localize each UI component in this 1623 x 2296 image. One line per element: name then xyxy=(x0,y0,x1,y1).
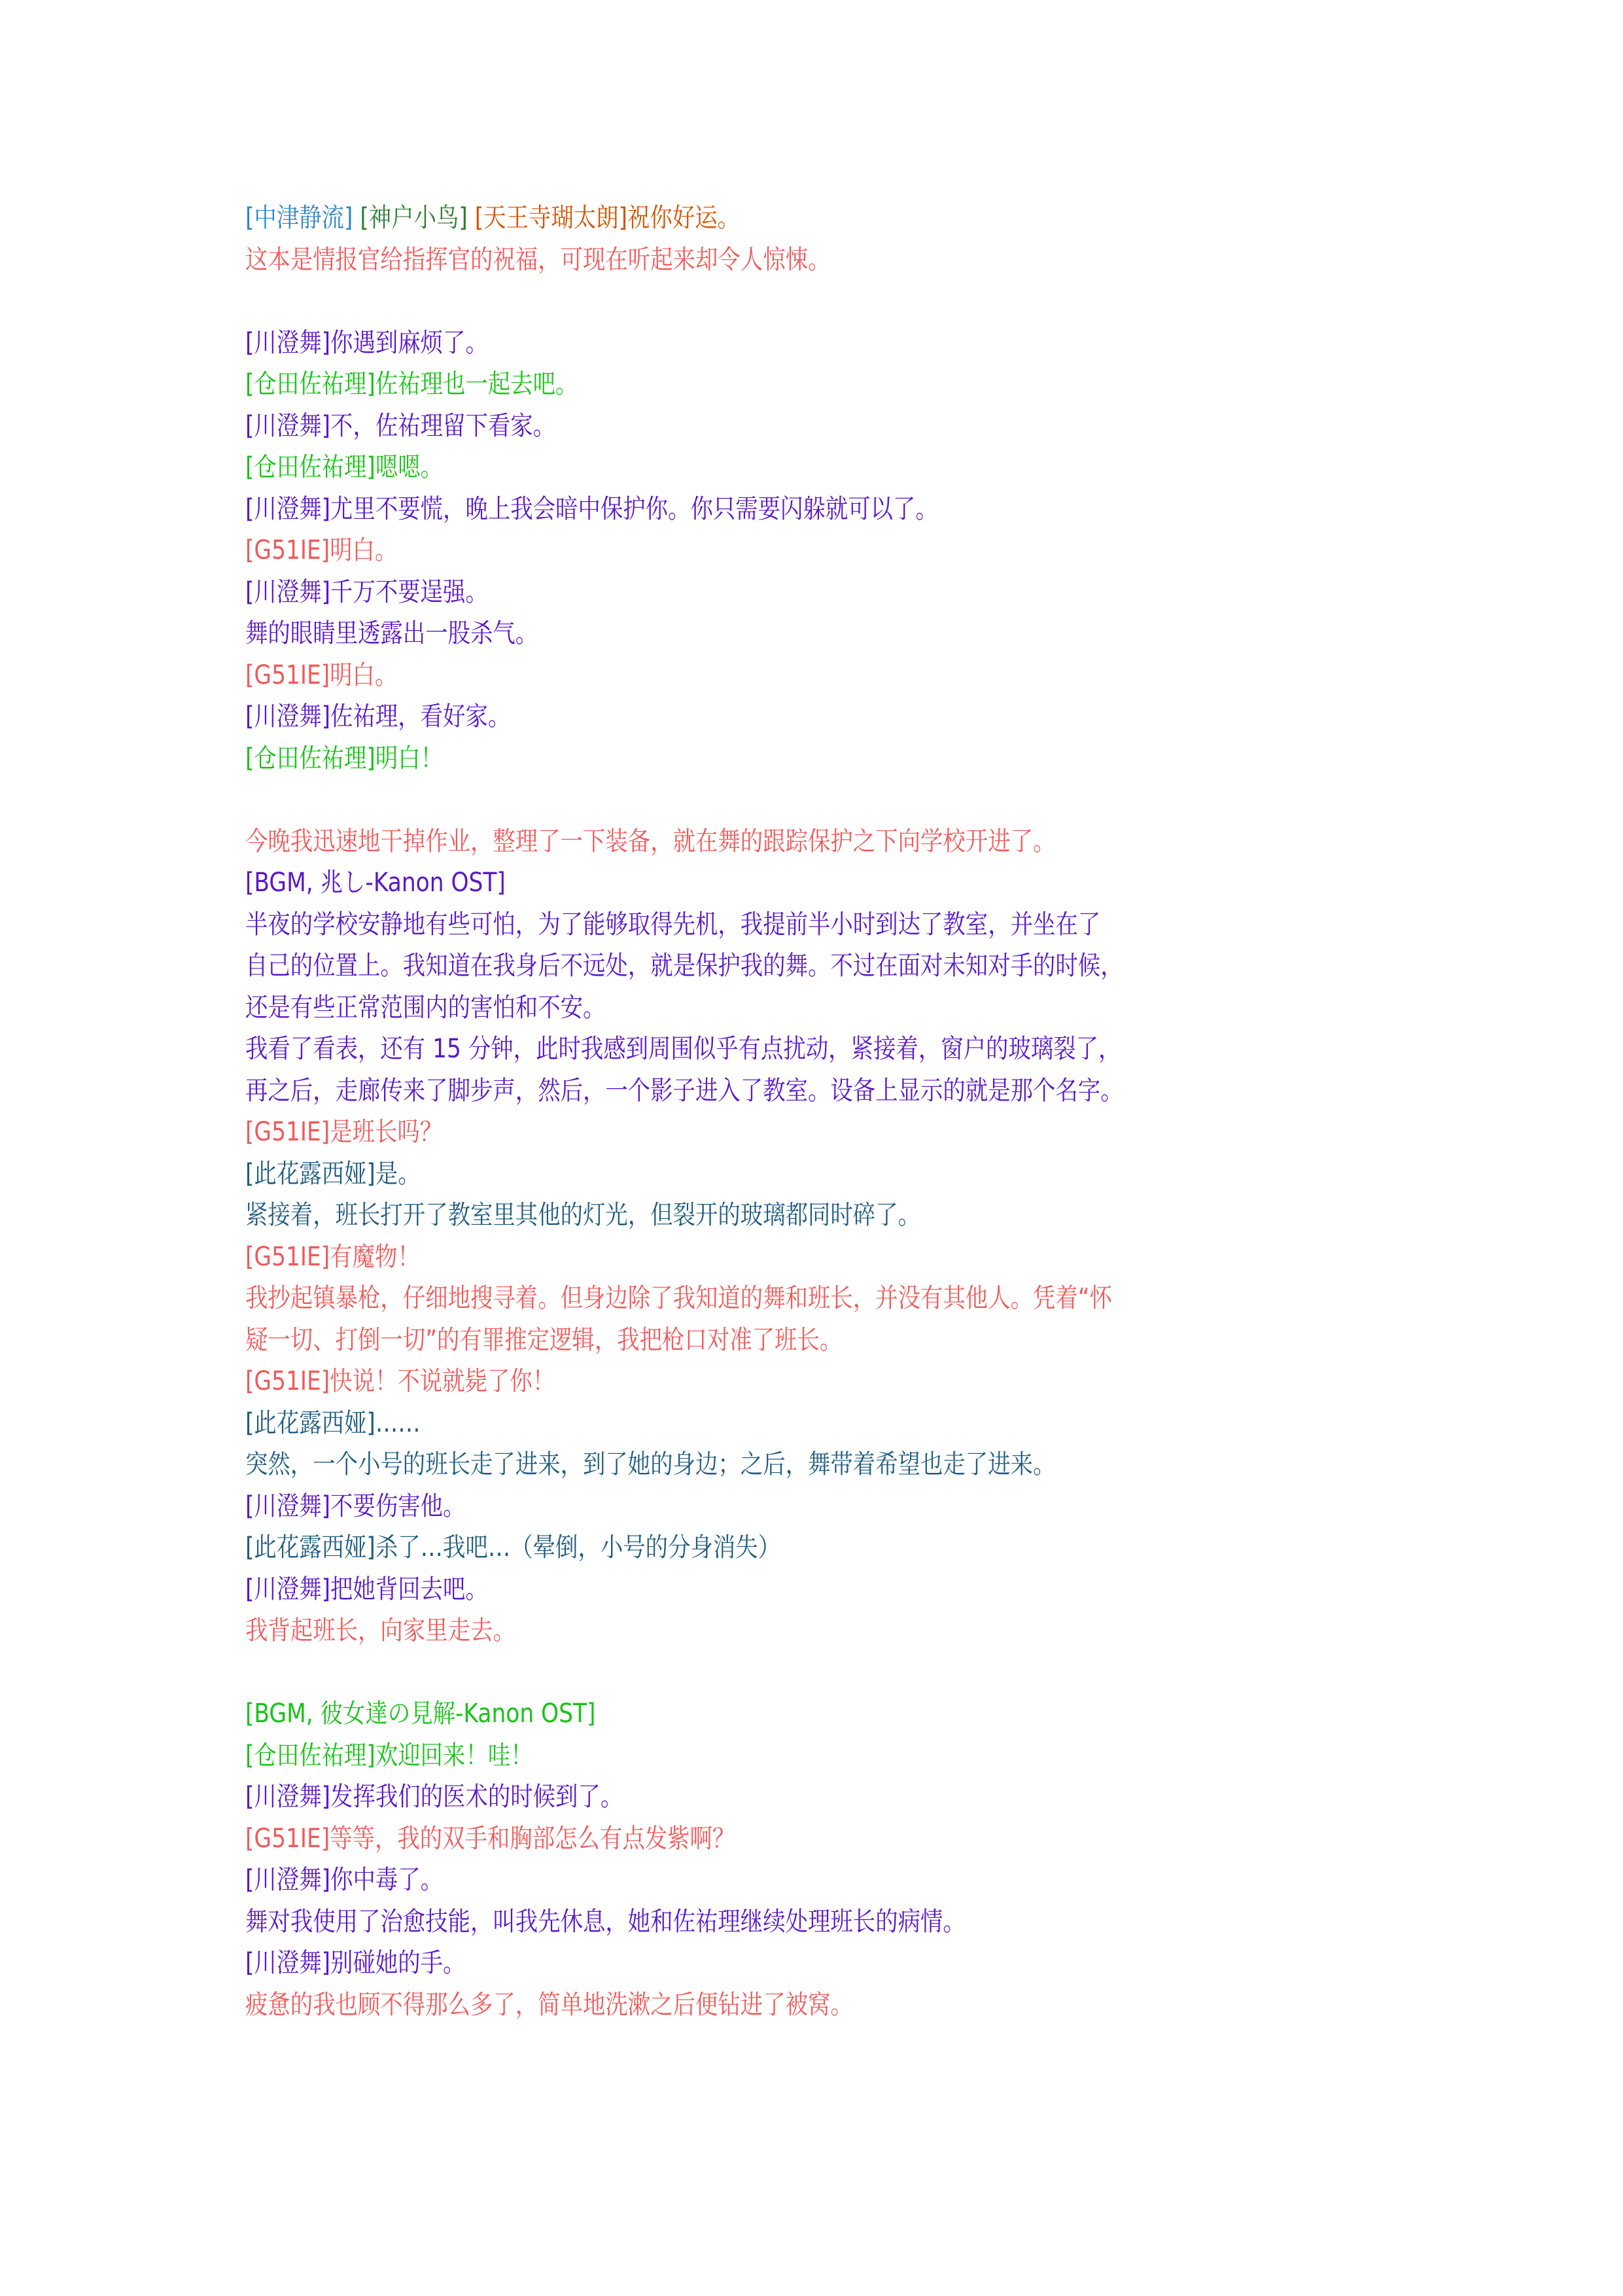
speaker-tag: [川澄舞] xyxy=(245,1865,330,1895)
dialogue-text: 明白！ xyxy=(375,743,443,773)
dialogue-text: 等等，我的双手和胸部怎么有点发紫啊？ xyxy=(330,1824,735,1854)
speaker-tag: [川澄舞] xyxy=(245,1574,330,1604)
narration-line: 疲惫的我也顾不得那么多了，简单地洗漱之后便钻进了被窝。 xyxy=(245,1985,1236,2026)
dialogue-line: [川澄舞]你中毒了。 xyxy=(245,1860,1236,1901)
speaker-tag: [仓田佐祐理] xyxy=(245,452,375,482)
blank-line xyxy=(245,281,1236,323)
speaker-tag: [川澄舞] xyxy=(245,1491,330,1521)
dialogue-text: 你遇到麻烦了。 xyxy=(330,328,488,358)
narration-line: 疑一切、打倒一切”的有罪推定逻辑，我把枪口对准了班长。 xyxy=(245,1320,1236,1362)
dialogue-line: [此花露西娅]…… xyxy=(245,1403,1236,1445)
narration-line: 我看了看表，还有 15 分钟，此时我感到周围似乎有点扰动，紧接着，窗户的玻璃裂了… xyxy=(245,1029,1236,1070)
dialogue-line: [G51IE]快说！不说就毙了你！ xyxy=(245,1361,1236,1403)
dialogue-line: [川澄舞]别碰她的手。 xyxy=(245,1943,1236,1985)
dialogue-text: 把她背回去吧。 xyxy=(330,1574,488,1604)
dialogue-text: 有魔物！ xyxy=(330,1242,420,1272)
speaker-tag: [G51IE] xyxy=(245,1117,330,1147)
dialogue-text: 快说！不说就毙了你！ xyxy=(330,1366,555,1396)
bgm-line: [BGM, 彼女達の見解-Kanon OST] xyxy=(245,1693,1236,1735)
dialogue-line: [川澄舞]佐祐理，看好家。 xyxy=(245,696,1236,738)
speaker-tag: [此花露西娅] xyxy=(245,1532,375,1563)
dialogue-line: [G51IE]等等，我的双手和胸部怎么有点发紫啊？ xyxy=(245,1818,1236,1860)
dialogue-text: 是。 xyxy=(375,1159,421,1189)
dialogue-line: [G51IE]明白。 xyxy=(245,530,1236,572)
speaker-tag: [仓田佐祐理] xyxy=(245,1740,375,1771)
document-page: [中津静流] [神户小鸟] [天王寺瑚太朗]祝你好运。 这本是情报官给指挥官的祝… xyxy=(245,198,1236,2026)
speaker-tag: [G51IE] xyxy=(245,1824,330,1854)
speaker-tag-kotaro-label: [天王寺瑚太朗] xyxy=(475,203,627,233)
dialogue-text: 明白。 xyxy=(330,660,397,690)
speaker-tag: [仓田佐祐理] xyxy=(245,369,375,399)
bgm-line: [BGM, 兆し-Kanon OST] xyxy=(245,862,1236,904)
dialogue-text: 是班长吗？ xyxy=(330,1117,442,1147)
dialogue-line: [G51IE]是班长吗？ xyxy=(245,1112,1236,1154)
speaker-tag: [此花露西娅] xyxy=(245,1408,375,1438)
narration-line: 今晚我迅速地干掉作业，整理了一下装备，就在舞的跟踪保护之下向学校开进了。 xyxy=(245,821,1236,863)
narration-line: 突然，一个小号的班长走了进来，到了她的身边；之后，舞带着希望也走了进来。 xyxy=(245,1444,1236,1486)
narration-line: 紧接着，班长打开了教室里其他的灯光，但裂开的玻璃都同时碎了。 xyxy=(245,1195,1236,1237)
speaker-tag: [G51IE] xyxy=(245,1366,330,1396)
speaker-tag: [川澄舞] xyxy=(245,1948,330,1978)
dialogue-line: [仓田佐祐理]欢迎回来！哇！ xyxy=(245,1735,1236,1777)
dialogue-text: 别碰她的手。 xyxy=(330,1948,465,1978)
dialogue-line: [仓田佐祐理]明白！ xyxy=(245,738,1236,780)
speaker-tag: [G51IE] xyxy=(245,535,330,565)
speaker-tag: [川澄舞] xyxy=(245,577,330,607)
speaker-tag: [此花露西娅] xyxy=(245,1159,375,1189)
narration-line: 这本是情报官给指挥官的祝福，可现在听起来却令人惊悚。 xyxy=(245,239,1236,281)
speaker-tag: [G51IE] xyxy=(245,1242,330,1272)
dialogue-line: [此花露西娅]是。 xyxy=(245,1154,1236,1195)
blessing-line: [中津静流] [神户小鸟] [天王寺瑚太朗]祝你好运。 xyxy=(245,198,1236,239)
dialogue-text: …… xyxy=(375,1408,421,1438)
narration-line: 我抄起镇暴枪，仔细地搜寻着。但身边除了我知道的舞和班长，并没有其他人。凭着“怀 xyxy=(245,1278,1236,1320)
dialogue-text: 祝你好运。 xyxy=(627,203,740,233)
dialogue-line: [此花露西娅]杀了…我吧…（晕倒，小号的分身消失） xyxy=(245,1527,1236,1569)
speaker-tag: [仓田佐祐理] xyxy=(245,743,375,773)
dialogue-text: 杀了…我吧…（晕倒，小号的分身消失） xyxy=(375,1532,780,1563)
dialogue-text: 千万不要逞强。 xyxy=(330,577,488,607)
narration-line: 舞的眼睛里透露出一股杀气。 xyxy=(245,613,1236,655)
dialogue-text: 嗯嗯。 xyxy=(375,452,443,482)
dialogue-line: [川澄舞]尤里不要慌，晚上我会暗中保护你。你只需要闪躲就可以了。 xyxy=(245,489,1236,531)
speaker-tag: [川澄舞] xyxy=(245,494,330,524)
blank-line xyxy=(245,779,1236,821)
narration-line: 还是有些正常范围内的害怕和不安。 xyxy=(245,987,1236,1029)
dialogue-line: [川澄舞]不要伤害他。 xyxy=(245,1486,1236,1528)
speaker-tag: [川澄舞] xyxy=(245,701,330,732)
speaker-tag-kotaro: [天王寺瑚太朗]祝你好运。 xyxy=(475,203,740,233)
speaker-tag: [川澄舞] xyxy=(245,411,330,441)
speaker-tag: [川澄舞] xyxy=(245,328,330,358)
narration-line: 我背起班长，向家里走去。 xyxy=(245,1610,1236,1652)
dialogue-text: 明白。 xyxy=(330,535,397,565)
dialogue-text: 发挥我们的医术的时候到了。 xyxy=(330,1782,623,1812)
dialogue-text: 不要伤害他。 xyxy=(330,1491,465,1521)
narration-line: 半夜的学校安静地有些可怕，为了能够取得先机，我提前半小时到达了教室，并坐在了 xyxy=(245,904,1236,946)
dialogue-line: [川澄舞]千万不要逞强。 xyxy=(245,572,1236,614)
dialogue-text: 佐祐理也一起去吧。 xyxy=(375,369,578,399)
dialogue-line: [川澄舞]你遇到麻烦了。 xyxy=(245,323,1236,364)
dialogue-text: 欢迎回来！哇！ xyxy=(375,1740,533,1771)
dialogue-line: [仓田佐祐理]嗯嗯。 xyxy=(245,447,1236,489)
dialogue-line: [川澄舞]不，佐祐理留下看家。 xyxy=(245,406,1236,448)
speaker-tag-shizuru: [中津静流] xyxy=(245,203,353,233)
narration-line: 再之后，走廊传来了脚步声，然后，一个影子进入了教室。设备上显示的就是那个名字。 xyxy=(245,1070,1236,1112)
dialogue-text: 佐祐理，看好家。 xyxy=(330,701,510,732)
dialogue-text: 不，佐祐理留下看家。 xyxy=(330,411,555,441)
dialogue-line: [川澄舞]发挥我们的医术的时候到了。 xyxy=(245,1776,1236,1818)
dialogue-line: [G51IE]有魔物！ xyxy=(245,1237,1236,1279)
speaker-tag-kotori: [神户小鸟] xyxy=(360,203,467,233)
dialogue-line: [川澄舞]把她背回去吧。 xyxy=(245,1569,1236,1611)
dialogue-line: [仓田佐祐理]佐祐理也一起去吧。 xyxy=(245,364,1236,406)
dialogue-text: 尤里不要慌，晚上我会暗中保护你。你只需要闪躲就可以了。 xyxy=(330,494,938,524)
narration-line: 舞对我使用了治愈技能，叫我先休息，她和佐祐理继续处理班长的病情。 xyxy=(245,1901,1236,1943)
narration-text: 舞的眼睛里透露出一股杀气。 xyxy=(245,618,538,648)
narration-line: 自己的位置上。我知道在我身后不远处，就是保护我的舞。不过在面对未知对手的时候， xyxy=(245,945,1236,987)
dialogue-line: [G51IE]明白。 xyxy=(245,655,1236,697)
blank-line xyxy=(245,1652,1236,1694)
dialogue-text: 你中毒了。 xyxy=(330,1865,443,1895)
speaker-tag: [G51IE] xyxy=(245,660,330,690)
speaker-tag: [川澄舞] xyxy=(245,1782,330,1812)
